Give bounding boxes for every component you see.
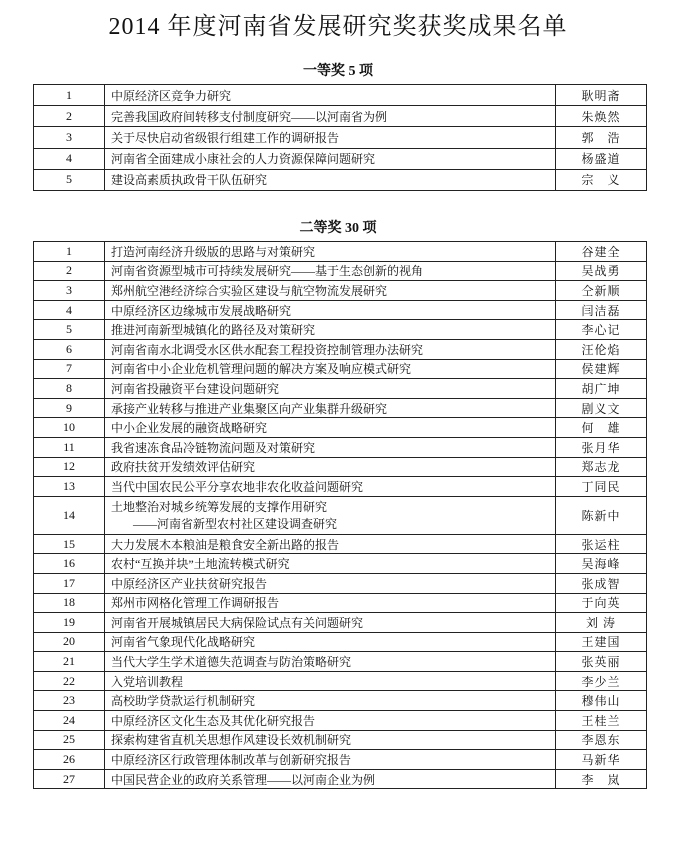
project-title-text: 关于尽快启动省级银行组建工作的调研报告 bbox=[111, 131, 339, 145]
row-number: 17 bbox=[34, 573, 105, 593]
author-name: 杨盛道 bbox=[556, 148, 647, 169]
project-title-text: 高校助学贷款运行机制研究 bbox=[111, 694, 255, 708]
project-title-text: 当代大学生学术道德失范调查与防治策略研究 bbox=[111, 655, 351, 669]
project-title-text: 河南省气象现代化战略研究 bbox=[111, 635, 255, 649]
row-number: 9 bbox=[34, 398, 105, 418]
row-number: 21 bbox=[34, 652, 105, 672]
row-number: 5 bbox=[34, 320, 105, 340]
project-title-text: 农村“互换并块”土地流转模式研究 bbox=[111, 557, 290, 571]
row-number: 19 bbox=[34, 613, 105, 633]
author-name: 李少兰 bbox=[556, 671, 647, 691]
project-title: 打造河南经济升级版的思路与对策研究 bbox=[105, 242, 556, 262]
row-number: 23 bbox=[34, 691, 105, 711]
project-title: 大力发展木本粮油是粮食安全新出路的报告 bbox=[105, 534, 556, 554]
author-name: 耿明斋 bbox=[556, 85, 647, 106]
row-number: 26 bbox=[34, 750, 105, 770]
author-name: 穆伟山 bbox=[556, 691, 647, 711]
author-name: 张成智 bbox=[556, 573, 647, 593]
author-name: 胡广坤 bbox=[556, 379, 647, 399]
row-number: 15 bbox=[34, 534, 105, 554]
project-title-text: 当代中国农民公平分享农地非农化收益问题研究 bbox=[111, 480, 363, 494]
table-row: 20河南省气象现代化战略研究王建国 bbox=[34, 632, 647, 652]
table-row: 12政府扶贫开发绩效评估研究郑志龙 bbox=[34, 457, 647, 477]
project-title-text: 河南省南水北调受水区供水配套工程投资控制管理办法研究 bbox=[111, 343, 423, 357]
author-name: 丁同民 bbox=[556, 477, 647, 497]
row-number: 10 bbox=[34, 418, 105, 438]
project-title: 中原经济区边缘城市发展战略研究 bbox=[105, 300, 556, 320]
project-title: 关于尽快启动省级银行组建工作的调研报告 bbox=[105, 127, 556, 148]
project-title-text: 承接产业转移与推进产业集聚区向产业集群升级研究 bbox=[111, 402, 387, 416]
author-name: 剧义文 bbox=[556, 398, 647, 418]
table-row: 24中原经济区文化生态及其优化研究报告王桂兰 bbox=[34, 711, 647, 731]
project-title: 中原经济区竞争力研究 bbox=[105, 85, 556, 106]
table-row: 14土地整治对城乡统筹发展的支撑作用研究——河南省新型农村社区建设调查研究陈新中 bbox=[34, 496, 647, 534]
project-title-text: 政府扶贫开发绩效评估研究 bbox=[111, 460, 255, 474]
project-title: 河南省开展城镇居民大病保险试点有关问题研究 bbox=[105, 613, 556, 633]
first-prize-heading: 一等奖 5 项 bbox=[0, 60, 676, 80]
author-name: 陈新中 bbox=[556, 496, 647, 534]
project-title-text: 中国民营企业的政府关系管理——以河南企业为例 bbox=[111, 773, 375, 787]
author-name: 马新华 bbox=[556, 750, 647, 770]
author-name: 王建国 bbox=[556, 632, 647, 652]
project-title: 河南省南水北调受水区供水配套工程投资控制管理办法研究 bbox=[105, 339, 556, 359]
author-name: 仝新顺 bbox=[556, 281, 647, 301]
row-number: 20 bbox=[34, 632, 105, 652]
table-row: 2河南省资源型城市可持续发展研究——基于生态创新的视角吴战勇 bbox=[34, 261, 647, 281]
project-title: 土地整治对城乡统筹发展的支撑作用研究——河南省新型农村社区建设调查研究 bbox=[105, 496, 556, 534]
table-row: 4河南省全面建成小康社会的人力资源保障问题研究杨盛道 bbox=[34, 148, 647, 169]
project-title-text: 探索构建省直机关思想作风建设长效机制研究 bbox=[111, 733, 351, 747]
table-row: 3关于尽快启动省级银行组建工作的调研报告郭 浩 bbox=[34, 127, 647, 148]
table-row: 27中国民营企业的政府关系管理——以河南企业为例李 岚 bbox=[34, 769, 647, 789]
second-prize-heading: 二等奖 30 项 bbox=[0, 217, 676, 237]
author-name: 李 岚 bbox=[556, 769, 647, 789]
project-title-text: 河南省资源型城市可持续发展研究——基于生态创新的视角 bbox=[111, 264, 423, 278]
author-name: 吴战勇 bbox=[556, 261, 647, 281]
project-title: 我省速冻食品冷链物流问题及对策研究 bbox=[105, 437, 556, 457]
table-row: 5推进河南新型城镇化的路径及对策研究李心记 bbox=[34, 320, 647, 340]
page-title: 2014 年度河南省发展研究奖获奖成果名单 bbox=[0, 6, 676, 41]
table-row: 7河南省中小企业危机管理问题的解决方案及响应模式研究侯建辉 bbox=[34, 359, 647, 379]
row-number: 2 bbox=[34, 106, 105, 127]
author-name: 朱焕然 bbox=[556, 106, 647, 127]
table-row: 25探索构建省直机关思想作风建设长效机制研究李恩东 bbox=[34, 730, 647, 750]
row-number: 3 bbox=[34, 281, 105, 301]
project-title: 中原经济区行政管理体制改革与创新研究报告 bbox=[105, 750, 556, 770]
project-title: 政府扶贫开发绩效评估研究 bbox=[105, 457, 556, 477]
author-name: 郑志龙 bbox=[556, 457, 647, 477]
project-title-text: 中原经济区边缘城市发展战略研究 bbox=[111, 304, 291, 318]
project-title: 河南省全面建成小康社会的人力资源保障问题研究 bbox=[105, 148, 556, 169]
project-title: 郑州市网格化管理工作调研报告 bbox=[105, 593, 556, 613]
table-row: 18郑州市网格化管理工作调研报告于向英 bbox=[34, 593, 647, 613]
project-title-text: 建设高素质执政骨干队伍研究 bbox=[111, 173, 267, 187]
project-title-text: 河南省投融资平台建设问题研究 bbox=[111, 382, 279, 396]
table-row: 11我省速冻食品冷链物流问题及对策研究张月华 bbox=[34, 437, 647, 457]
author-name: 张月华 bbox=[556, 437, 647, 457]
table-row: 6河南省南水北调受水区供水配套工程投资控制管理办法研究汪伦焰 bbox=[34, 339, 647, 359]
row-number: 24 bbox=[34, 711, 105, 731]
table-row: 17中原经济区产业扶贫研究报告张成智 bbox=[34, 573, 647, 593]
project-title-text: 郑州航空港经济综合实验区建设与航空物流发展研究 bbox=[111, 284, 387, 298]
project-title-text: 推进河南新型城镇化的路径及对策研究 bbox=[111, 323, 315, 337]
project-title: 河南省资源型城市可持续发展研究——基于生态创新的视角 bbox=[105, 261, 556, 281]
project-title-text: 中原经济区竞争力研究 bbox=[111, 89, 231, 103]
project-title-text: 中原经济区行政管理体制改革与创新研究报告 bbox=[111, 753, 351, 767]
table-row: 10中小企业发展的融资战略研究何 雄 bbox=[34, 418, 647, 438]
first-prize-table: 1中原经济区竞争力研究耿明斋2完善我国政府间转移支付制度研究——以河南省为例朱焕… bbox=[33, 84, 647, 191]
author-name: 郭 浩 bbox=[556, 127, 647, 148]
table-row: 22入党培训教程李少兰 bbox=[34, 671, 647, 691]
project-title-text: 中原经济区产业扶贫研究报告 bbox=[111, 577, 267, 591]
project-title: 高校助学贷款运行机制研究 bbox=[105, 691, 556, 711]
project-title-text: 入党培训教程 bbox=[111, 675, 183, 689]
project-title-text: 中原经济区文化生态及其优化研究报告 bbox=[111, 714, 315, 728]
project-title: 当代大学生学术道德失范调查与防治策略研究 bbox=[105, 652, 556, 672]
row-number: 3 bbox=[34, 127, 105, 148]
project-title-text: 河南省全面建成小康社会的人力资源保障问题研究 bbox=[111, 152, 375, 166]
table-row: 26中原经济区行政管理体制改革与创新研究报告马新华 bbox=[34, 750, 647, 770]
project-title-text: 打造河南经济升级版的思路与对策研究 bbox=[111, 245, 315, 259]
project-title: 承接产业转移与推进产业集聚区向产业集群升级研究 bbox=[105, 398, 556, 418]
project-title: 农村“互换并块”土地流转模式研究 bbox=[105, 554, 556, 574]
author-name: 汪伦焰 bbox=[556, 339, 647, 359]
row-number: 4 bbox=[34, 300, 105, 320]
table-row: 3郑州航空港经济综合实验区建设与航空物流发展研究仝新顺 bbox=[34, 281, 647, 301]
table-row: 15大力发展木本粮油是粮食安全新出路的报告张运柱 bbox=[34, 534, 647, 554]
author-name: 闫洁磊 bbox=[556, 300, 647, 320]
row-number: 5 bbox=[34, 169, 105, 190]
row-number: 1 bbox=[34, 85, 105, 106]
row-number: 27 bbox=[34, 769, 105, 789]
project-title: 当代中国农民公平分享农地非农化收益问题研究 bbox=[105, 477, 556, 497]
project-title-text: 河南省开展城镇居民大病保险试点有关问题研究 bbox=[111, 616, 363, 630]
second-prize-table: 1打造河南经济升级版的思路与对策研究谷建全2河南省资源型城市可持续发展研究——基… bbox=[33, 241, 647, 789]
row-number: 18 bbox=[34, 593, 105, 613]
project-title: 推进河南新型城镇化的路径及对策研究 bbox=[105, 320, 556, 340]
project-title: 中原经济区文化生态及其优化研究报告 bbox=[105, 711, 556, 731]
project-title: 中小企业发展的融资战略研究 bbox=[105, 418, 556, 438]
row-number: 14 bbox=[34, 496, 105, 534]
project-title-text: 大力发展木本粮油是粮食安全新出路的报告 bbox=[111, 538, 339, 552]
table-row: 23高校助学贷款运行机制研究穆伟山 bbox=[34, 691, 647, 711]
row-number: 7 bbox=[34, 359, 105, 379]
project-title: 中原经济区产业扶贫研究报告 bbox=[105, 573, 556, 593]
table-row: 4中原经济区边缘城市发展战略研究闫洁磊 bbox=[34, 300, 647, 320]
table-row: 21当代大学生学术道德失范调查与防治策略研究张英丽 bbox=[34, 652, 647, 672]
table-row: 19河南省开展城镇居民大病保险试点有关问题研究刘 涛 bbox=[34, 613, 647, 633]
project-title: 河南省中小企业危机管理问题的解决方案及响应模式研究 bbox=[105, 359, 556, 379]
row-number: 25 bbox=[34, 730, 105, 750]
project-title: 中国民营企业的政府关系管理——以河南企业为例 bbox=[105, 769, 556, 789]
project-title-text: 郑州市网格化管理工作调研报告 bbox=[111, 596, 279, 610]
row-number: 11 bbox=[34, 437, 105, 457]
table-row: 8河南省投融资平台建设问题研究胡广坤 bbox=[34, 379, 647, 399]
author-name: 宗 义 bbox=[556, 169, 647, 190]
author-name: 王桂兰 bbox=[556, 711, 647, 731]
author-name: 李心记 bbox=[556, 320, 647, 340]
project-title-text: 河南省中小企业危机管理问题的解决方案及响应模式研究 bbox=[111, 362, 411, 376]
project-title: 郑州航空港经济综合实验区建设与航空物流发展研究 bbox=[105, 281, 556, 301]
project-title-text: 土地整治对城乡统筹发展的支撑作用研究 bbox=[111, 498, 549, 515]
table-row: 2完善我国政府间转移支付制度研究——以河南省为例朱焕然 bbox=[34, 106, 647, 127]
project-title: 建设高素质执政骨干队伍研究 bbox=[105, 169, 556, 190]
row-number: 8 bbox=[34, 379, 105, 399]
project-title: 探索构建省直机关思想作风建设长效机制研究 bbox=[105, 730, 556, 750]
project-title-text: 完善我国政府间转移支付制度研究——以河南省为例 bbox=[111, 110, 387, 124]
author-name: 何 雄 bbox=[556, 418, 647, 438]
table-row: 13当代中国农民公平分享农地非农化收益问题研究丁同民 bbox=[34, 477, 647, 497]
project-title-text: 中小企业发展的融资战略研究 bbox=[111, 421, 267, 435]
project-title: 完善我国政府间转移支付制度研究——以河南省为例 bbox=[105, 106, 556, 127]
author-name: 谷建全 bbox=[556, 242, 647, 262]
table-row: 1中原经济区竞争力研究耿明斋 bbox=[34, 85, 647, 106]
row-number: 13 bbox=[34, 477, 105, 497]
project-title: 河南省气象现代化战略研究 bbox=[105, 632, 556, 652]
project-title-text: 我省速冻食品冷链物流问题及对策研究 bbox=[111, 441, 315, 455]
project-subtitle: ——河南省新型农村社区建设调查研究 bbox=[111, 515, 549, 532]
row-number: 16 bbox=[34, 554, 105, 574]
table-row: 16农村“互换并块”土地流转模式研究吴海峰 bbox=[34, 554, 647, 574]
table-row: 1打造河南经济升级版的思路与对策研究谷建全 bbox=[34, 242, 647, 262]
project-title: 河南省投融资平台建设问题研究 bbox=[105, 379, 556, 399]
author-name: 吴海峰 bbox=[556, 554, 647, 574]
row-number: 1 bbox=[34, 242, 105, 262]
author-name: 刘 涛 bbox=[556, 613, 647, 633]
table-row: 9承接产业转移与推进产业集聚区向产业集群升级研究剧义文 bbox=[34, 398, 647, 418]
table-row: 5建设高素质执政骨干队伍研究宗 义 bbox=[34, 169, 647, 190]
project-title: 入党培训教程 bbox=[105, 671, 556, 691]
author-name: 于向英 bbox=[556, 593, 647, 613]
author-name: 张英丽 bbox=[556, 652, 647, 672]
row-number: 22 bbox=[34, 671, 105, 691]
row-number: 12 bbox=[34, 457, 105, 477]
row-number: 6 bbox=[34, 339, 105, 359]
row-number: 2 bbox=[34, 261, 105, 281]
row-number: 4 bbox=[34, 148, 105, 169]
author-name: 张运柱 bbox=[556, 534, 647, 554]
author-name: 李恩东 bbox=[556, 730, 647, 750]
author-name: 侯建辉 bbox=[556, 359, 647, 379]
